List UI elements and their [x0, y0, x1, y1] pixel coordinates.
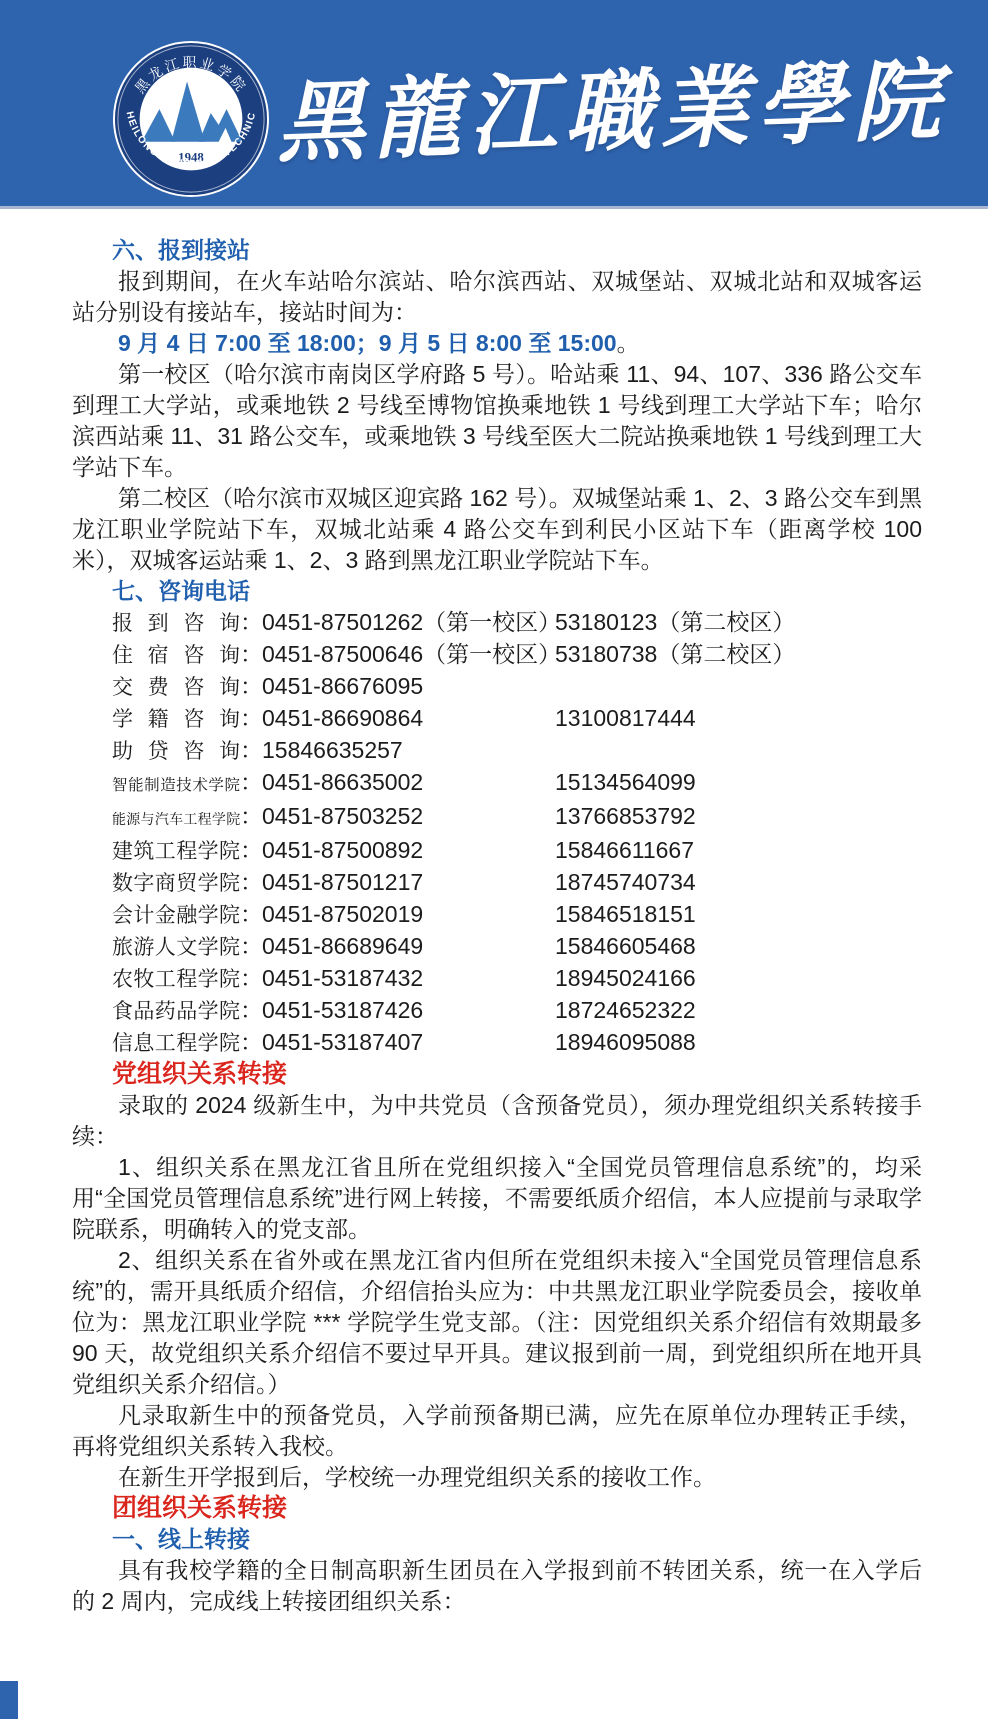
paragraph: 第一校区（哈尔滨市南岗区学府路 5 号）。哈站乘 11、94、107、336 路…: [72, 359, 922, 483]
phone-label-cell: 报到咨询：: [112, 607, 262, 639]
phone-number-secondary: 18945024166: [555, 963, 922, 995]
phone-label: 食品药品学院: [112, 996, 240, 1027]
phone-row: 能源与汽车工程学院：0451-8750325213766853792: [112, 801, 922, 835]
paragraph: 第二校区（哈尔滨市双城区迎宾路 162 号）。双城堡站乘 1、2、3 路公交车到…: [72, 483, 922, 576]
phone-label-cell: 住宿咨询：: [112, 639, 262, 671]
phone-row: 农牧工程学院：0451-5318743218945024166: [112, 963, 922, 995]
phone-row: 交费咨询：0451-86676095: [112, 671, 922, 703]
phone-label: 农牧工程学院: [112, 964, 240, 995]
phone-row: 助贷咨询：15846635257: [112, 735, 922, 767]
phone-row: 建筑工程学院：0451-8750089215846611667: [112, 835, 922, 867]
phone-label-cell: 交费咨询：: [112, 671, 262, 703]
phone-row: 住宿咨询：0451-87500646（第一校区）53180738（第二校区）: [112, 639, 922, 671]
paragraph: 录取的 2024 级新生中，为中共党员（含预备党员），须办理党组织关系转接手续：: [72, 1090, 922, 1152]
phone-number-primary: 0451-87503252: [262, 801, 555, 835]
phone-label-cell: 建筑工程学院：: [112, 835, 262, 867]
phone-number-primary: 0451-53187426: [262, 995, 555, 1027]
phone-number-secondary: [555, 671, 922, 703]
phone-number-secondary: 15134564099: [555, 767, 922, 801]
phone-label-cell: 智能制造技术学院：: [112, 767, 262, 801]
phone-table: 报到咨询：0451-87501262（第一校区）53180123（第二校区）住宿…: [112, 607, 922, 1059]
header-banner: 1948 黑龙江职业学院 HEILONGJIANG POLYTECHNIC 黑龍…: [0, 0, 988, 206]
phone-number-primary: 0451-87501262（第一校区）: [262, 607, 555, 639]
phone-label: 报到咨询: [112, 608, 240, 639]
school-logo: 1948 黑龙江职业学院 HEILONGJIANG POLYTECHNIC: [112, 40, 270, 198]
phone-number-primary: 0451-86689649: [262, 931, 555, 963]
phone-row: 会计金融学院：0451-8750201915846518151: [112, 899, 922, 931]
phone-label-cell: 学籍咨询：: [112, 703, 262, 735]
phone-label: 数字商贸学院: [112, 868, 240, 899]
phone-label: 信息工程学院: [112, 1028, 240, 1059]
phone-number-primary: 0451-86635002: [262, 767, 555, 801]
phone-number-secondary: 13100817444: [555, 703, 922, 735]
phone-number-primary: 15846635257: [262, 735, 555, 767]
phone-label-cell: 食品药品学院：: [112, 995, 262, 1027]
phone-row: 报到咨询：0451-87501262（第一校区）53180123（第二校区）: [112, 607, 922, 639]
phone-label: 能源与汽车工程学院: [112, 804, 240, 835]
phone-label-cell: 会计金融学院：: [112, 899, 262, 931]
school-logo-badge-icon: 1948 黑龙江职业学院 HEILONGJIANG POLYTECHNIC: [112, 40, 270, 198]
phone-label-cell: 助贷咨询：: [112, 735, 262, 767]
school-name-calligraphy: 黑龍江職業學院: [290, 19, 935, 191]
phone-number-secondary: 13766853792: [555, 801, 922, 835]
phone-row: 食品药品学院：0451-5318742618724652322: [112, 995, 922, 1027]
phone-number-secondary: 18745740734: [555, 867, 922, 899]
phone-label: 旅游人文学院: [112, 932, 240, 963]
phone-number-primary: 0451-87500892: [262, 835, 555, 867]
phone-row: 信息工程学院：0451-5318740718946095088: [112, 1027, 922, 1059]
phone-number-primary: 0451-86690864: [262, 703, 555, 735]
paragraph: 1、组织关系在黑龙江省且所在党组织接入“全国党员管理信息系统”的，均采用“全国党…: [72, 1152, 922, 1245]
phone-number-secondary: [555, 735, 922, 767]
highlight-tail-punctuation: 。: [617, 330, 640, 356]
document-page: 1948 黑龙江职业学院 HEILONGJIANG POLYTECHNIC 黑龍…: [0, 0, 988, 1719]
phone-number-secondary: 15846518151: [555, 899, 922, 931]
phone-number-secondary: 15846605468: [555, 931, 922, 963]
phone-row: 数字商贸学院：0451-8750121718745740734: [112, 867, 922, 899]
phone-number-secondary: 18946095088: [555, 1027, 922, 1059]
phone-label: 交费咨询: [112, 672, 240, 703]
phone-label-cell: 信息工程学院：: [112, 1027, 262, 1059]
phone-number-primary: 0451-53187432: [262, 963, 555, 995]
paragraph: 2、组织关系在省外或在黑龙江省内但所在党组织未接入“全国党员管理信息系统”的，需…: [72, 1245, 922, 1400]
phone-row: 智能制造技术学院：0451-8663500215134564099: [112, 767, 922, 801]
phone-number-primary: 0451-53187407: [262, 1027, 555, 1059]
phone-label: 住宿咨询: [112, 640, 240, 671]
phone-label-cell: 农牧工程学院：: [112, 963, 262, 995]
corner-accent-square: [0, 1681, 18, 1719]
phone-label-cell: 旅游人文学院：: [112, 931, 262, 963]
phone-number-secondary: 53180738（第二校区）: [555, 639, 922, 671]
section-heading-blue: 七、咨询电话: [72, 576, 922, 607]
phone-label-cell: 能源与汽车工程学院：: [112, 801, 262, 835]
section-heading-blue: 一、线上转接: [72, 1524, 922, 1555]
paragraph: 凡录取新生中的预备党员，入学前预备期已满，应先在原单位办理转正手续，再将党组织关…: [72, 1400, 922, 1462]
phone-label: 助贷咨询: [112, 736, 240, 767]
phone-number-secondary: 18724652322: [555, 995, 922, 1027]
phone-row: 旅游人文学院：0451-8668964915846605468: [112, 931, 922, 963]
phone-number-primary: 0451-87502019: [262, 899, 555, 931]
document-body: 六、报到接站报到期间，在火车站哈尔滨站、哈尔滨西站、双城堡站、双城北站和双城客运…: [0, 209, 988, 1617]
phone-number-primary: 0451-86676095: [262, 671, 555, 703]
schedule-highlight: 9 月 4 日 7:00 至 18:00；9 月 5 日 8:00 至 15:0…: [72, 328, 922, 359]
phone-label-cell: 数字商贸学院：: [112, 867, 262, 899]
phone-number-primary: 0451-87501217: [262, 867, 555, 899]
phone-number-secondary: 15846611667: [555, 835, 922, 867]
section-heading-red: 团组织关系转接: [72, 1493, 922, 1524]
paragraph: 在新生开学报到后，学校统一办理党组织关系的接收工作。: [72, 1462, 922, 1493]
phone-number-secondary: 53180123（第二校区）: [555, 607, 922, 639]
paragraph: 报到期间，在火车站哈尔滨站、哈尔滨西站、双城堡站、双城北站和双城客运站分别设有接…: [72, 266, 922, 328]
paragraph: 具有我校学籍的全日制高职新生团员在入学报到前不转团关系，统一在入学后的 2 周内…: [72, 1555, 922, 1617]
phone-label: 会计金融学院: [112, 900, 240, 931]
phone-label: 建筑工程学院: [112, 836, 240, 867]
section-heading-red: 党组织关系转接: [72, 1059, 922, 1090]
phone-row: 学籍咨询：0451-8669086413100817444: [112, 703, 922, 735]
phone-number-primary: 0451-87500646（第一校区）: [262, 639, 555, 671]
phone-label: 智能制造技术学院: [112, 770, 240, 801]
phone-label: 学籍咨询: [112, 704, 240, 735]
section-heading-blue: 六、报到接站: [72, 235, 922, 266]
